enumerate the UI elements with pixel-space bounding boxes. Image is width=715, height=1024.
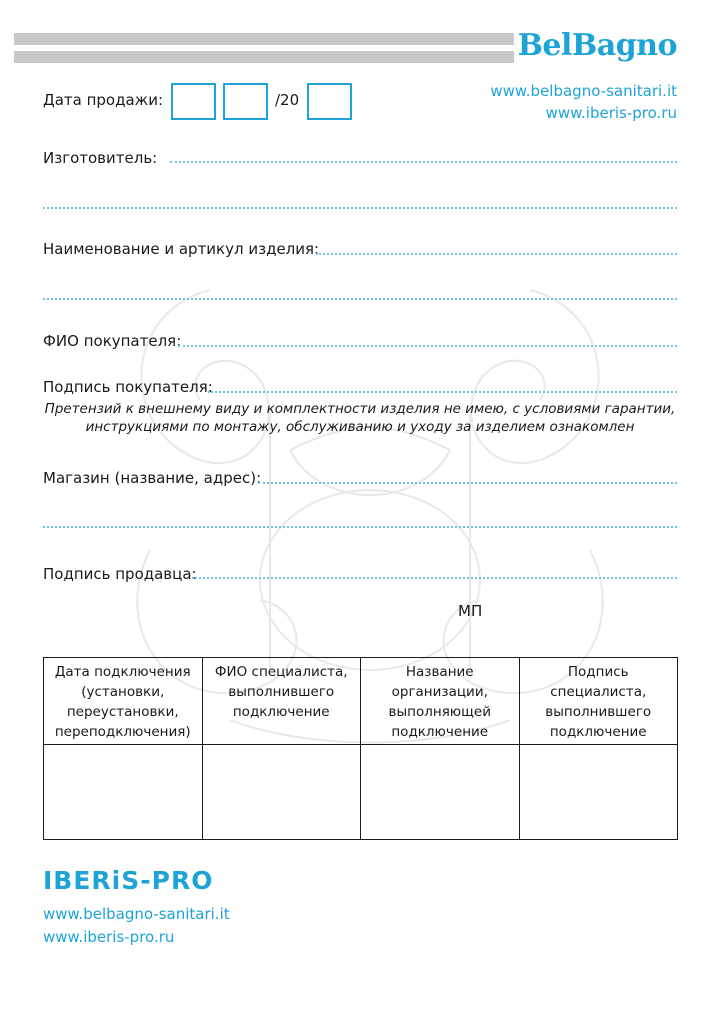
column-header-date: Дата подключения (установки, переустанов… [44, 658, 203, 745]
iberis-pro-logo: IBERiS-PRO [43, 866, 213, 895]
footer-urls: www.belbagno-sanitari.it www.iberis-pro.… [43, 903, 230, 949]
seller-signature-label: Подпись продавца: [43, 565, 197, 583]
footer-url-belbagno[interactable]: www.belbagno-sanitari.it [43, 903, 230, 926]
column-header-signature: Подпись специалиста, выполнившего подклю… [519, 658, 678, 745]
sale-date-year-box[interactable] [307, 83, 352, 120]
column-header-organization: Название организации, выполняющей подклю… [361, 658, 520, 745]
disclaimer-line-1: Претензий к внешнему виду и комплектност… [30, 400, 690, 418]
product-label: Наименование и артикул изделия: [43, 240, 319, 258]
sale-date-year-prefix: /20 [275, 91, 299, 109]
header-url-belbagno[interactable]: www.belbagno-sanitari.it [490, 80, 677, 102]
buyer-signature-label: Подпись покупателя: [43, 378, 213, 396]
seller-signature-line[interactable] [192, 577, 677, 579]
buyer-disclaimer: Претензий к внешнему виду и комплектност… [30, 400, 690, 436]
buyer-name-label: ФИО покупателя: [43, 332, 181, 350]
manufacturer-line-2[interactable] [43, 207, 677, 209]
sale-date-month-box[interactable] [223, 83, 268, 120]
table-cell-date[interactable] [44, 745, 203, 840]
column-header-specialist: ФИО специалиста, выполнившего подключени… [202, 658, 361, 745]
belbagno-logo: BelBagno [518, 28, 677, 63]
buyer-signature-line[interactable] [208, 391, 677, 393]
product-line-2[interactable] [43, 298, 677, 300]
header-url-iberis[interactable]: www.iberis-pro.ru [490, 102, 677, 124]
manufacturer-line[interactable] [170, 161, 677, 163]
header-urls: www.belbagno-sanitari.it www.iberis-pro.… [490, 80, 677, 124]
buyer-name-line[interactable] [178, 345, 677, 347]
store-line-2[interactable] [43, 526, 677, 528]
decorative-bar-top [14, 33, 514, 45]
manufacturer-label: Изготовитель: [43, 149, 157, 167]
store-label: Магазин (название, адрес): [43, 469, 261, 487]
product-line[interactable] [316, 253, 677, 255]
table-row [44, 745, 678, 840]
table-cell-organization[interactable] [361, 745, 520, 840]
installation-table: Дата подключения (установки, переустанов… [43, 657, 678, 840]
footer-url-iberis[interactable]: www.iberis-pro.ru [43, 926, 230, 949]
table-cell-specialist[interactable] [202, 745, 361, 840]
table-cell-signature[interactable] [519, 745, 678, 840]
disclaimer-line-2: инструкциями по монтажу, обслуживанию и … [30, 418, 690, 436]
decorative-bar-bottom [14, 51, 514, 63]
sale-date-label: Дата продажи: [43, 91, 163, 109]
sale-date-day-box[interactable] [171, 83, 216, 120]
stamp-label: МП [458, 602, 482, 620]
store-line[interactable] [258, 482, 677, 484]
